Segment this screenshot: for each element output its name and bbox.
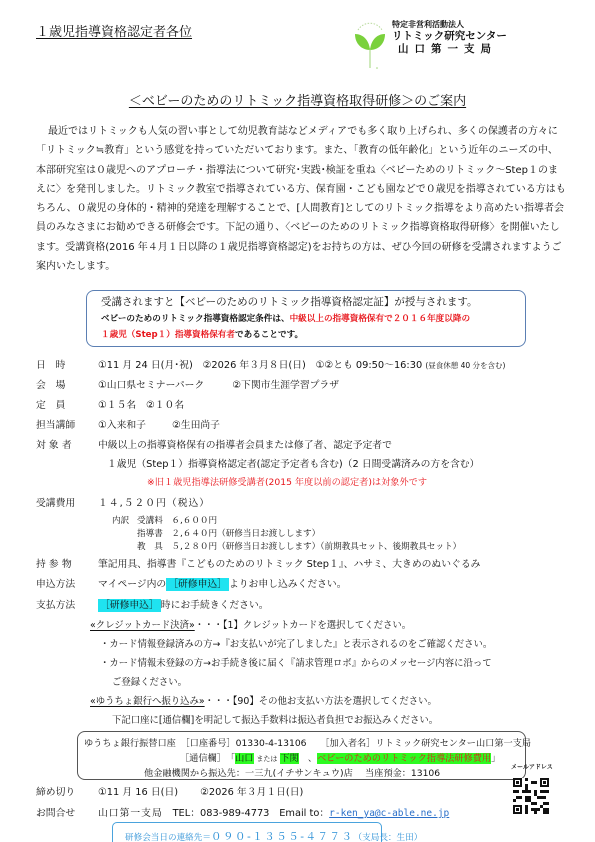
day-contact-phone: ０９０-１３５５-４７７３ <box>211 831 354 842</box>
logo-branch: 山口第一支局 <box>392 43 507 56</box>
notice-line-1: 受講されますと【ベビーのためのリトミック指導資格認定証】が授与されます。 <box>101 294 478 309</box>
logo-org-type: 特定非営利活動法人 <box>392 20 507 30</box>
credit-unregistered-note: ・カード情報未登録の方→お手続き後に届く『請求管理ロボ』からのメッセージ内容に沿… <box>100 655 492 669</box>
page-title: ＜ベビーのためのリトミック指導資格取得研修＞のご案内 <box>0 90 595 109</box>
notice-line-2: ベビーのためのリトミック指導資格認定条件は、中級以上の指導資格保有で２０１６年度… <box>101 312 470 324</box>
fee-item: 受講料 ６,６００円 <box>137 514 217 526</box>
memo-option-yamaguchi: 山口 <box>235 753 253 764</box>
notice-condition-red: 中級以上の指導資格保有で２０１６年度以降の <box>290 314 470 324</box>
venue-2: ②下関市生涯学習プラザ <box>232 380 339 391</box>
detail-items-to-bring: 持 参 物筆記用具、指導書『こどものためのリトミック Step１』、ハサミ、大き… <box>36 556 480 570</box>
other-bank-info: 他金融機関から振込先：一三九(イチサンキュウ)店 当座預金：13106 <box>144 765 440 779</box>
contact-office: 山口第一支局 <box>98 808 163 819</box>
target-exclusion-note: ※旧１歳児指導法研修受講者(2015 年度以前の認定者)は対象外です <box>147 474 427 488</box>
account-number: 01330-4-13106 <box>236 738 307 749</box>
detail-capacity: 定 員①１５名 ②１０名 <box>36 397 184 411</box>
qr-caption: メールアドレス <box>511 762 553 771</box>
datetime-value: ①11 月 24 日(月･祝) ②2026 年３月８日(日) ①②とも 09:5… <box>98 360 422 371</box>
deadline-1: ①11 月 16 日(日) <box>98 787 178 798</box>
target-line-1: 中級以上の指導資格保有の指導者会員または修了者、認定予定者で <box>98 440 392 451</box>
memo-option-shimonoseki: 下関 <box>280 753 298 764</box>
deadline-2: ②2026 年３月１日(日) <box>200 787 303 798</box>
addressee: １歳児指導資格認定者各位 <box>36 21 192 40</box>
target-line-2: １歳児（Step１）指導資格認定者(認定予定者も含む)（2 日間受講済みの方を含… <box>107 456 479 470</box>
day-contact-label: 研修会当日の連絡先＝ <box>125 833 211 842</box>
fee-total: １４,５２０円（税込） <box>98 498 210 509</box>
sprout-icon <box>352 20 388 72</box>
account-holder: リトミック研究センター山口第一支局 <box>375 738 531 749</box>
email-link[interactable]: r-ken_ya@c-able.ne.jp <box>329 808 449 819</box>
credit-registered-note: ・カード情報登録済みの方→『お支払いが完了しました』と表示されるのをご確認くださ… <box>100 636 492 650</box>
detail-datetime: 日 時①11 月 24 日(月･祝) ②2026 年３月８日(日) ①②とも 0… <box>36 357 505 371</box>
certification-notice: 受講されますと【ベビーのためのリトミック指導資格認定証】が授与されます。 ベビー… <box>86 290 526 347</box>
instructor-1: ①入来和子 <box>98 420 146 431</box>
bank-account-box: ゆうちょ銀行振替口座 ［口座番号］01330-4-13106 ［加入者名］リトミ… <box>77 731 526 780</box>
notice-condition-prefix: ベビーのためのリトミック指導資格認定条件は、 <box>101 314 290 324</box>
notice-line-3: １歳児（Step１）指導資格保有者であることです。 <box>101 328 303 340</box>
bank-transfer-section: «ゆうちょ銀行へ振り込み»・・・【90】その他お支払い方法を選択してください。 <box>90 693 437 707</box>
notice-condition-suffix: であることです。 <box>235 330 303 340</box>
detail-venue: 会 場①山口県セミナーパーク②下関市生涯学習プラザ <box>36 377 339 391</box>
logo-org-name: リトミック研究センター <box>392 30 507 43</box>
instructor-2: ②生田尚子 <box>172 420 220 431</box>
memo-purpose: ベビーのためのリトミック指導法研修費用 <box>317 753 491 764</box>
bank-transfer-title: «ゆうちょ銀行へ振り込み» <box>90 696 205 707</box>
contact-tel: TEL：083-989-4773 <box>173 808 270 819</box>
credit-card-title: «クレジットカード決済» <box>90 620 195 631</box>
capacity-value: ①１５名 ②１０名 <box>98 400 184 411</box>
bank-account-line: ゆうちょ銀行振替口座 ［口座番号］01330-4-13106 ［加入者名］リトミ… <box>84 735 531 749</box>
credit-card-section: «クレジットカード決済»・・・【1】クレジットカードを選択してください。 <box>90 617 411 631</box>
detail-fee: 受講費用１４,５２０円（税込） <box>36 495 210 509</box>
detail-contact: お問合せ山口第一支局 TEL：083-989-4773 Email to：r-k… <box>36 805 449 819</box>
items-to-bring-value: 筆記用具、指導書『こどものためのリトミック Step１』、ハサミ、大きめのぬいぐ… <box>98 559 480 570</box>
organization-logo: 特定非営利活動法人 リトミック研究センター 山口第一支局 <box>352 20 572 72</box>
credit-unregistered-note-cont: ご登録ください。 <box>112 674 187 688</box>
detail-instructor: 担当講師①入来和子②生田尚子 <box>36 417 220 431</box>
bank-transfer-note: 下記口座に[通信欄]を明記して振込手数料は振込者負担でお振込みください。 <box>112 712 438 726</box>
day-of-contact-box: 研修会当日の連絡先＝０９０-１３５５-４７７３（支局長：生田） <box>112 822 382 842</box>
fee-item: 指導書 ２,６４０円（研修当日お渡しします） <box>137 527 320 539</box>
payment-link-highlight[interactable]: ［研修申込］ <box>98 599 161 612</box>
fee-item: 教 具 ５,２８０円（研修当日お渡しします）（前期教具セット、後期教具セット） <box>137 540 461 552</box>
application-link-highlight[interactable]: ［研修申込］ <box>166 578 229 591</box>
fee-breakdown-label: 内訳 <box>112 514 129 526</box>
intro-paragraph: 最近ではリトミックも人気の習い事として幼児教育誌などメディアでも多く取り上げられ… <box>36 122 566 276</box>
datetime-note: (昼食休憩 40 分を含む) <box>425 361 505 370</box>
venue-1: ①山口県セミナーパーク <box>98 380 204 391</box>
detail-application: 申込方法マイページ内の［研修申込］よりお申し込みください。 <box>36 576 347 590</box>
day-contact-person: （支局長：生田） <box>354 833 423 842</box>
qr-code-icon[interactable] <box>513 778 549 814</box>
detail-target: 対 象 者中級以上の指導資格保有の指導者会員または修了者、認定予定者で <box>36 437 392 451</box>
memo-line: ［通信欄］ 「山口 または 下関 、ベビーのためのリトミック指導法研修費用」 <box>180 750 500 764</box>
notice-qualification-red: １歳児（Step１）指導資格保有者 <box>101 330 235 340</box>
detail-payment: 支払方法［研修申込］時にお手続きください。 <box>36 597 269 611</box>
detail-deadline: 締め切り①11 月 16 日(日)②2026 年３月１日(日) <box>36 784 303 798</box>
